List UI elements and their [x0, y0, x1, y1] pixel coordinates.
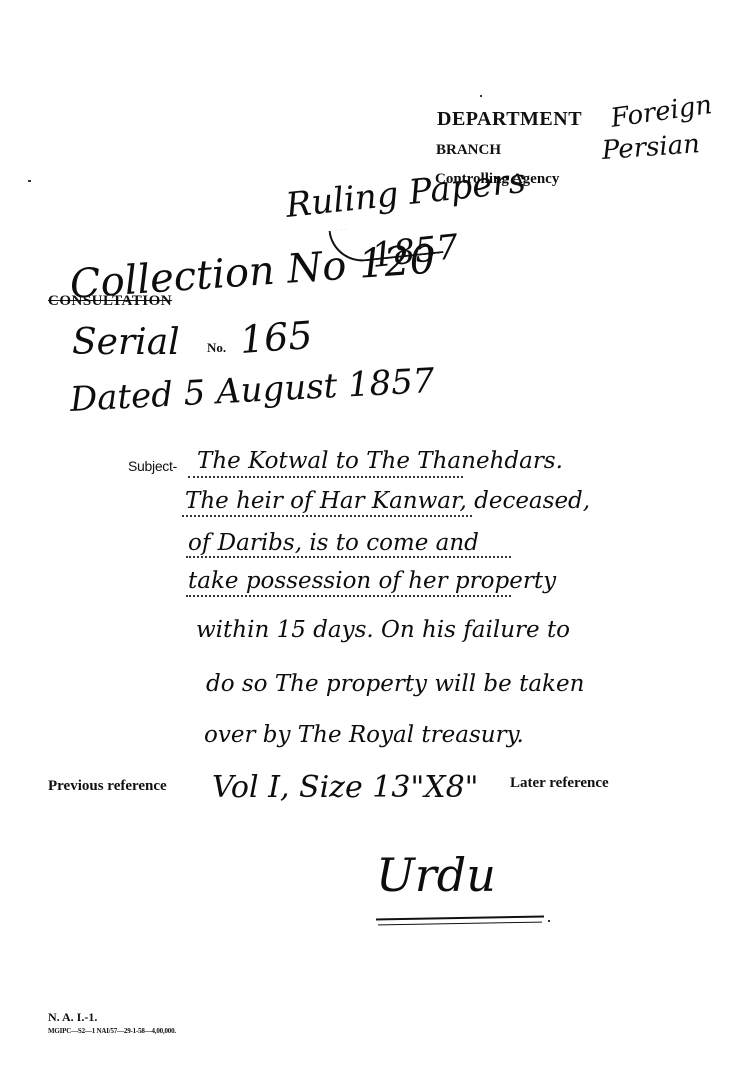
later-reference-label: Later reference: [510, 775, 609, 792]
subject-line-6: do so The property will be taken: [206, 671, 584, 697]
branch-value: Persian: [601, 129, 701, 166]
department-label: DEPARTMENT: [437, 108, 582, 131]
dotted-rule: [186, 556, 511, 558]
subject-line-3: of Daribs, is to come and: [188, 530, 479, 556]
subject-line-5: within 15 days. On his failure to: [196, 617, 570, 643]
subject-line-2: The heir of Har Kanwar, deceased,: [185, 488, 590, 514]
scan-speck: [548, 920, 550, 922]
language-underline: [378, 922, 542, 926]
handwritten-title: Ruling Papers: [284, 161, 528, 226]
previous-reference-value: Vol I, Size 13"X8": [212, 770, 478, 805]
language-underline: [376, 916, 544, 921]
department-value: Foreign: [609, 90, 714, 134]
dotted-rule: [188, 476, 463, 478]
scan-speck: [480, 95, 482, 97]
branch-label: BRANCH: [436, 142, 501, 159]
print-info: MGIPC—S2—1 NAI/57—29-1-58—4,00,000.: [48, 1027, 176, 1035]
dotted-rule: [186, 595, 511, 597]
serial-number: 165: [238, 313, 313, 362]
subject-line-1: The Kotwal to The Thanehdars.: [197, 448, 563, 474]
subject-label: Subject-: [128, 458, 177, 474]
dotted-rule: [182, 515, 472, 517]
serial-no-label: No.: [207, 340, 226, 356]
subject-line-7: over by The Royal treasury.: [204, 722, 524, 748]
form-id: N. A. I.-1.: [48, 1010, 97, 1025]
subject-line-4: take possession of her property: [188, 568, 556, 594]
serial-handwritten-label: Serial: [72, 322, 180, 363]
dated-line: Dated 5 August 1857: [69, 361, 435, 420]
consultation-label-struck: CONSULTATION: [48, 293, 172, 310]
previous-reference-label: Previous reference: [48, 778, 167, 795]
scan-speck: [28, 180, 31, 182]
language-handwritten: Urdu: [376, 848, 496, 902]
